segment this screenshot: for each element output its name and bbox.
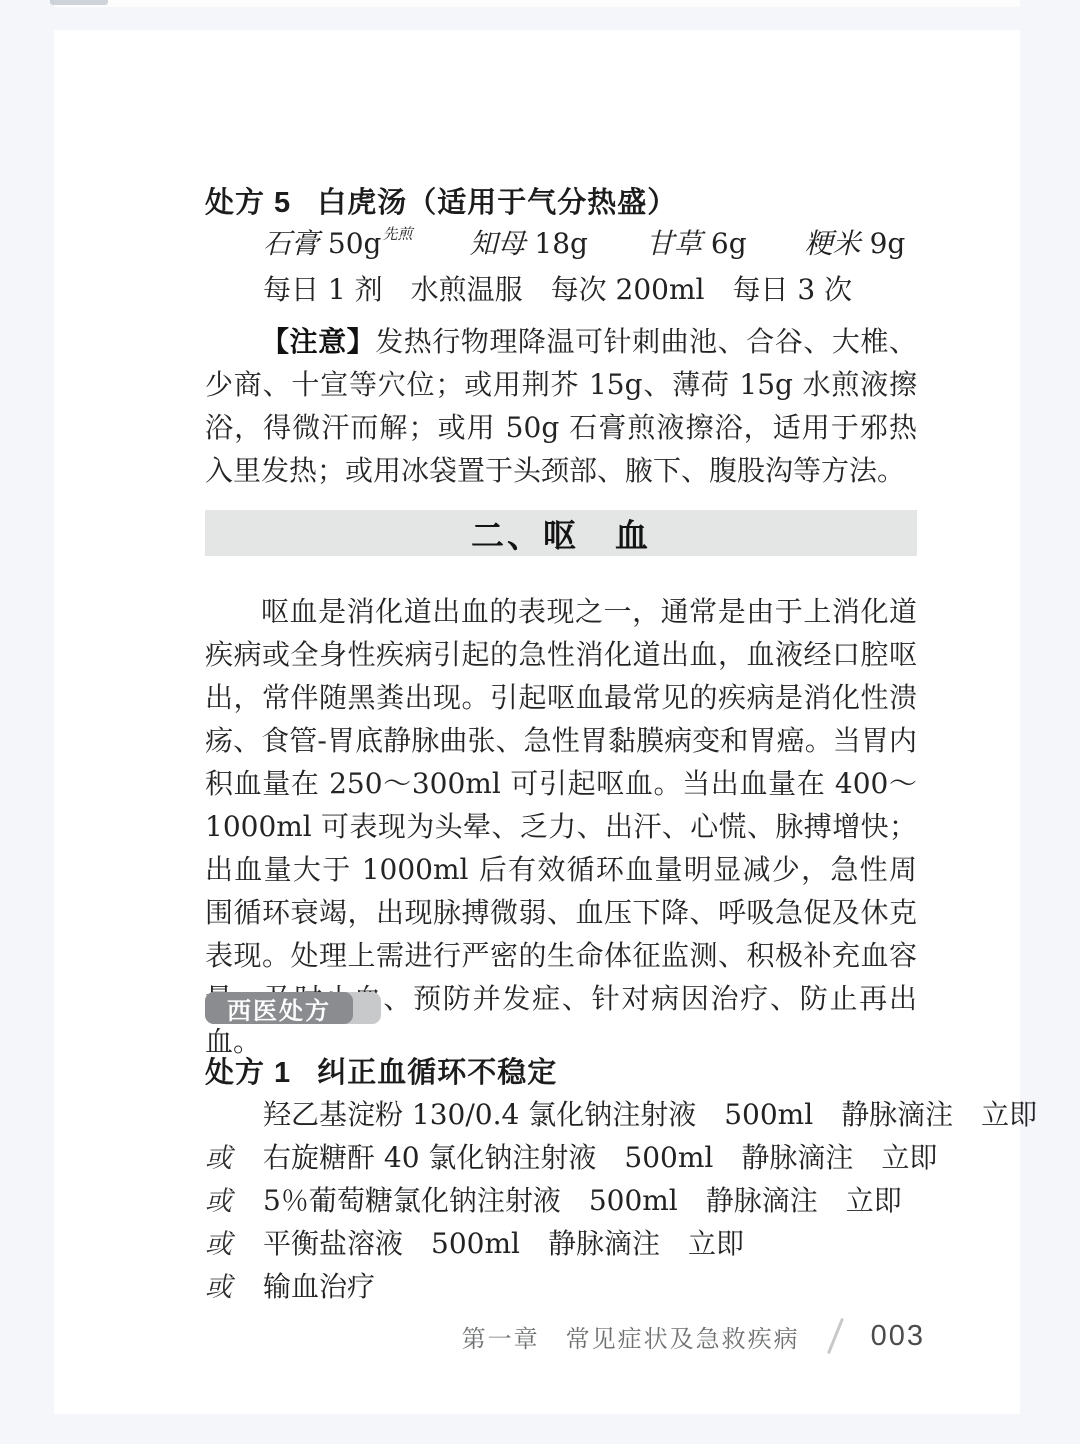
or-label: 或 xyxy=(205,1179,263,1218)
rx-line-text: 羟乙基淀粉 130/0.4 氯化钠注射液 500ml 静脉滴注 立即 xyxy=(263,1098,1037,1131)
rx-line: 或5％葡萄糖氯化钠注射液 500ml 静脉滴注 立即 xyxy=(205,1179,965,1219)
rx-line-text: 输血治疗 xyxy=(263,1270,375,1303)
usage-instructions: 每日 1 剂 水煎温服 每次 200ml 每日 3 次 xyxy=(263,268,983,308)
section-title: 二、呕 血 xyxy=(471,510,651,557)
prescription-1-label: 处方 1 xyxy=(205,1057,291,1089)
rx-line-text: 右旋糖酐 40 氯化钠注射液 500ml 静脉滴注 立即 xyxy=(263,1141,937,1174)
footer-page-number: 003 xyxy=(871,1320,925,1353)
herb-ingredients-line: 石膏 50g先煎 知母 18g 甘草 6g 粳米 9g xyxy=(263,222,983,262)
western-rx-badge-label: 西医处方 xyxy=(205,992,353,1024)
or-label: 或 xyxy=(205,1222,263,1261)
decoction-note: 先煎 xyxy=(382,225,412,243)
rx-line-text: 5％葡萄糖氯化钠注射液 500ml 静脉滴注 立即 xyxy=(263,1184,902,1217)
rx-line: 羟乙基淀粉 130/0.4 氯化钠注射液 500ml 静脉滴注 立即 xyxy=(205,1093,965,1133)
rx-line: 或平衡盐溶液 500ml 静脉滴注 立即 xyxy=(205,1222,965,1262)
herb-item: 石膏 50g先煎 xyxy=(263,222,412,262)
notice-paragraph: 【注意】发热行物理降温可针刺曲池、合谷、大椎、少商、十宣等穴位；或用荆芥 15g… xyxy=(205,320,917,492)
rx-line: 或右旋糖酐 40 氯化钠注射液 500ml 静脉滴注 立即 xyxy=(205,1136,965,1176)
or-label: 或 xyxy=(205,1265,263,1304)
slash-divider-icon xyxy=(827,1318,844,1354)
prescription-5-heading: 处方 5白虎汤（适用于气分热盛） xyxy=(205,180,965,221)
herb-item: 粳米 9g xyxy=(805,222,906,262)
page-footer: 第一章 常见症状及急救疾病 003 xyxy=(462,1314,925,1358)
or-label: 或 xyxy=(205,1136,263,1175)
rx-line-text: 平衡盐溶液 500ml 静脉滴注 立即 xyxy=(263,1227,744,1260)
rx-line: 或输血治疗 xyxy=(205,1265,965,1305)
prescription-1-title: 纠正血循环不稳定 xyxy=(317,1057,557,1089)
footer-chapter-title: 第一章 常见症状及急救疾病 xyxy=(462,1319,800,1354)
notice-label: 【注意】 xyxy=(261,326,375,357)
prescription-5-label: 处方 5 xyxy=(205,187,291,219)
prescription-1-heading: 处方 1纠正血循环不稳定 xyxy=(205,1050,965,1091)
western-rx-badge: 西医处方 xyxy=(205,992,381,1024)
section-header-vomiting-blood: 二、呕 血 xyxy=(205,510,917,556)
herb-item: 甘草 6g xyxy=(646,222,747,262)
book-page: 处方 5白虎汤（适用于气分热盛） 石膏 50g先煎 知母 18g 甘草 6g 粳… xyxy=(54,30,1020,1414)
previous-page-edge xyxy=(54,0,1020,7)
scan-artifact-mark xyxy=(50,0,108,5)
prescription-5-title: 白虎汤（适用于气分热盛） xyxy=(317,187,677,219)
herb-item: 知母 18g xyxy=(470,222,588,262)
